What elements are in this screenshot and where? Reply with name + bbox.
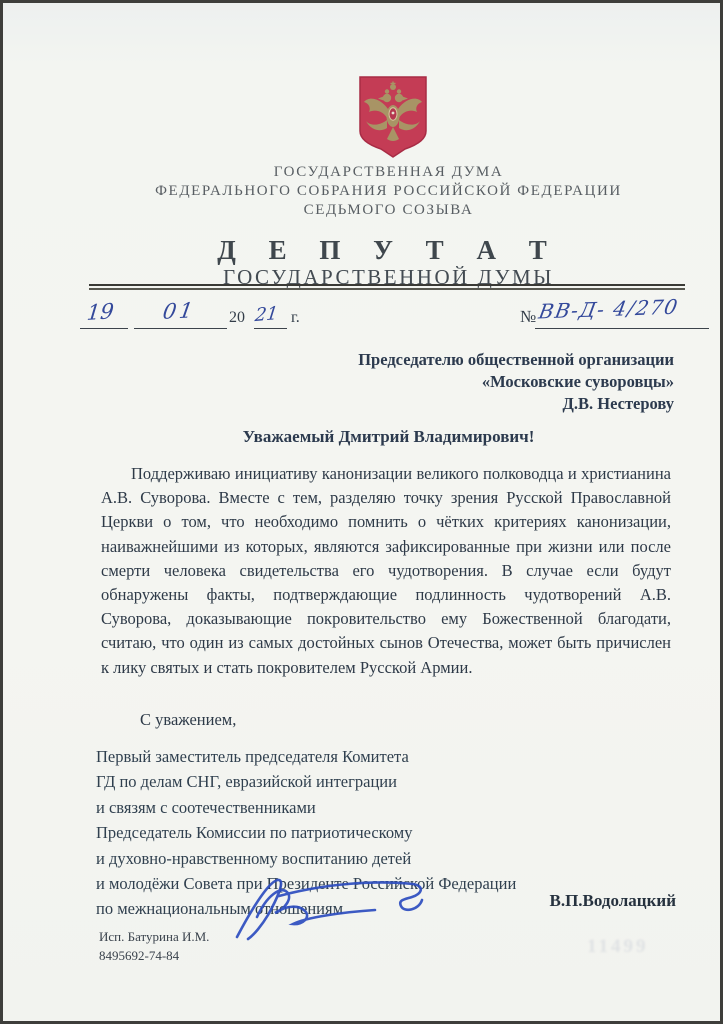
- executor-phone: 8495692-74-84: [99, 946, 209, 965]
- position-line: ГД по делам СНГ, евразийской интеграции: [96, 769, 516, 794]
- handwritten-month: 01: [161, 298, 198, 324]
- recipient-block: Председателю общественной организации «М…: [358, 349, 674, 415]
- handwritten-signature: [223, 871, 438, 946]
- number-underline: [535, 328, 709, 329]
- scanned-letter-page: ГОСУДАРСТВЕННАЯ ДУМА ФЕДЕРАЛЬНОГО СОБРАН…: [0, 0, 723, 1024]
- letter-body: Поддерживаю инициативу канонизации велик…: [101, 462, 671, 680]
- recipient-line: «Московские суворовцы»: [358, 371, 674, 393]
- org-name-line1: ГОСУДАРСТВЕННАЯ ДУМА: [30, 163, 723, 182]
- position-line: Первый заместитель председателя Комитета: [96, 744, 516, 769]
- recipient-line: Председателю общественной организации: [358, 349, 674, 371]
- printed-century: 20: [229, 309, 245, 327]
- faint-scan-artifact: 11499: [587, 936, 648, 958]
- handwritten-day: 19: [86, 299, 115, 325]
- deputy-title: Д Е П У Т А Т: [30, 235, 723, 265]
- executor-footer: Исп. Батурина И.М. 8495692-74-84: [99, 927, 209, 965]
- org-name-line2: ФЕДЕРАЛЬНОГО СОБРАНИЯ РОССИЙСКОЙ ФЕДЕРАЦ…: [30, 182, 723, 201]
- closing-phrase: С уважением,: [140, 710, 236, 730]
- year-suffix: г.: [291, 309, 300, 327]
- executor-name: Исп. Батурина И.М.: [99, 927, 209, 946]
- year-underline: [254, 328, 287, 329]
- day-underline: [80, 328, 128, 329]
- position-line: и связям с соотечественниками: [96, 795, 516, 820]
- month-underline: [134, 328, 227, 329]
- salutation: Уважаемый Дмитрий Владимирович!: [30, 427, 723, 447]
- position-line: и духовно-нравственному воспитанию детей: [96, 846, 516, 871]
- handwritten-number: ВВ-Д- 4/270: [537, 294, 681, 323]
- position-line: Председатель Комиссии по патриотическому: [96, 820, 516, 845]
- russia-coat-of-arms-icon: [357, 75, 429, 159]
- letterhead-divider: [89, 284, 685, 290]
- letterhead: ГОСУДАРСТВЕННАЯ ДУМА ФЕДЕРАЛЬНОГО СОБРАН…: [30, 163, 723, 290]
- org-name-line3: СЕДЬМОГО СОЗЫВА: [30, 201, 723, 220]
- recipient-line: Д.В. Нестерову: [358, 393, 674, 415]
- handwritten-year: 21: [254, 303, 279, 326]
- number-label: №: [520, 307, 536, 327]
- signatory-name: В.П.Водолацкий: [549, 891, 676, 911]
